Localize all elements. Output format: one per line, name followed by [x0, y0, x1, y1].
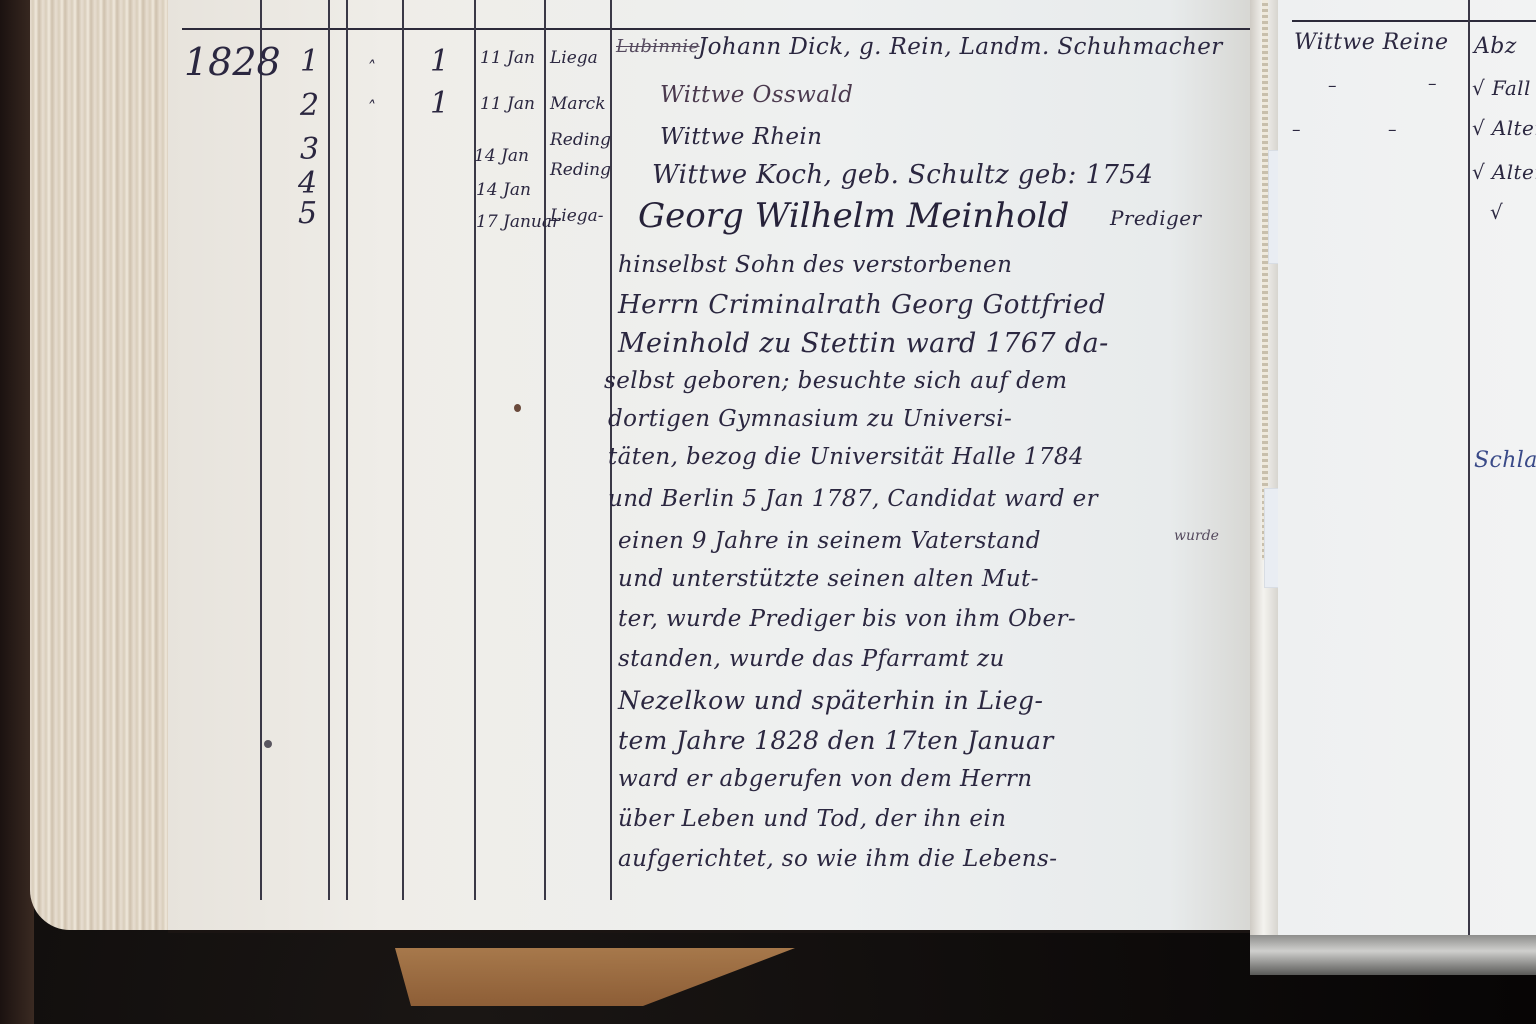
ditto-mark: –	[1388, 120, 1397, 140]
biography-continuation	[168, 0, 1256, 930]
cause-entry: Schlag	[1474, 448, 1536, 473]
ditto-mark: –	[1328, 76, 1337, 96]
cause-entry: √ Fall	[1472, 76, 1531, 100]
ditto-mark: –	[1428, 74, 1437, 94]
cause-entry: Abz	[1474, 34, 1517, 59]
book-page-edges	[30, 0, 180, 930]
book-binding	[1250, 935, 1536, 975]
header-rule	[1292, 20, 1536, 22]
cause-entry: √	[1490, 200, 1503, 224]
cause-entry: √ Alter	[1472, 116, 1536, 140]
cause-entry: √ Alter	[1472, 160, 1536, 184]
register-page-right: Wittwe Reine – – – – Abz √ Fall √ Alter …	[1278, 0, 1536, 940]
ditto-mark: –	[1292, 120, 1301, 140]
binding-cord	[1262, 0, 1268, 560]
right-entry: Wittwe Reine	[1294, 30, 1448, 55]
left-background	[0, 0, 34, 1024]
column-rule	[1468, 0, 1470, 940]
